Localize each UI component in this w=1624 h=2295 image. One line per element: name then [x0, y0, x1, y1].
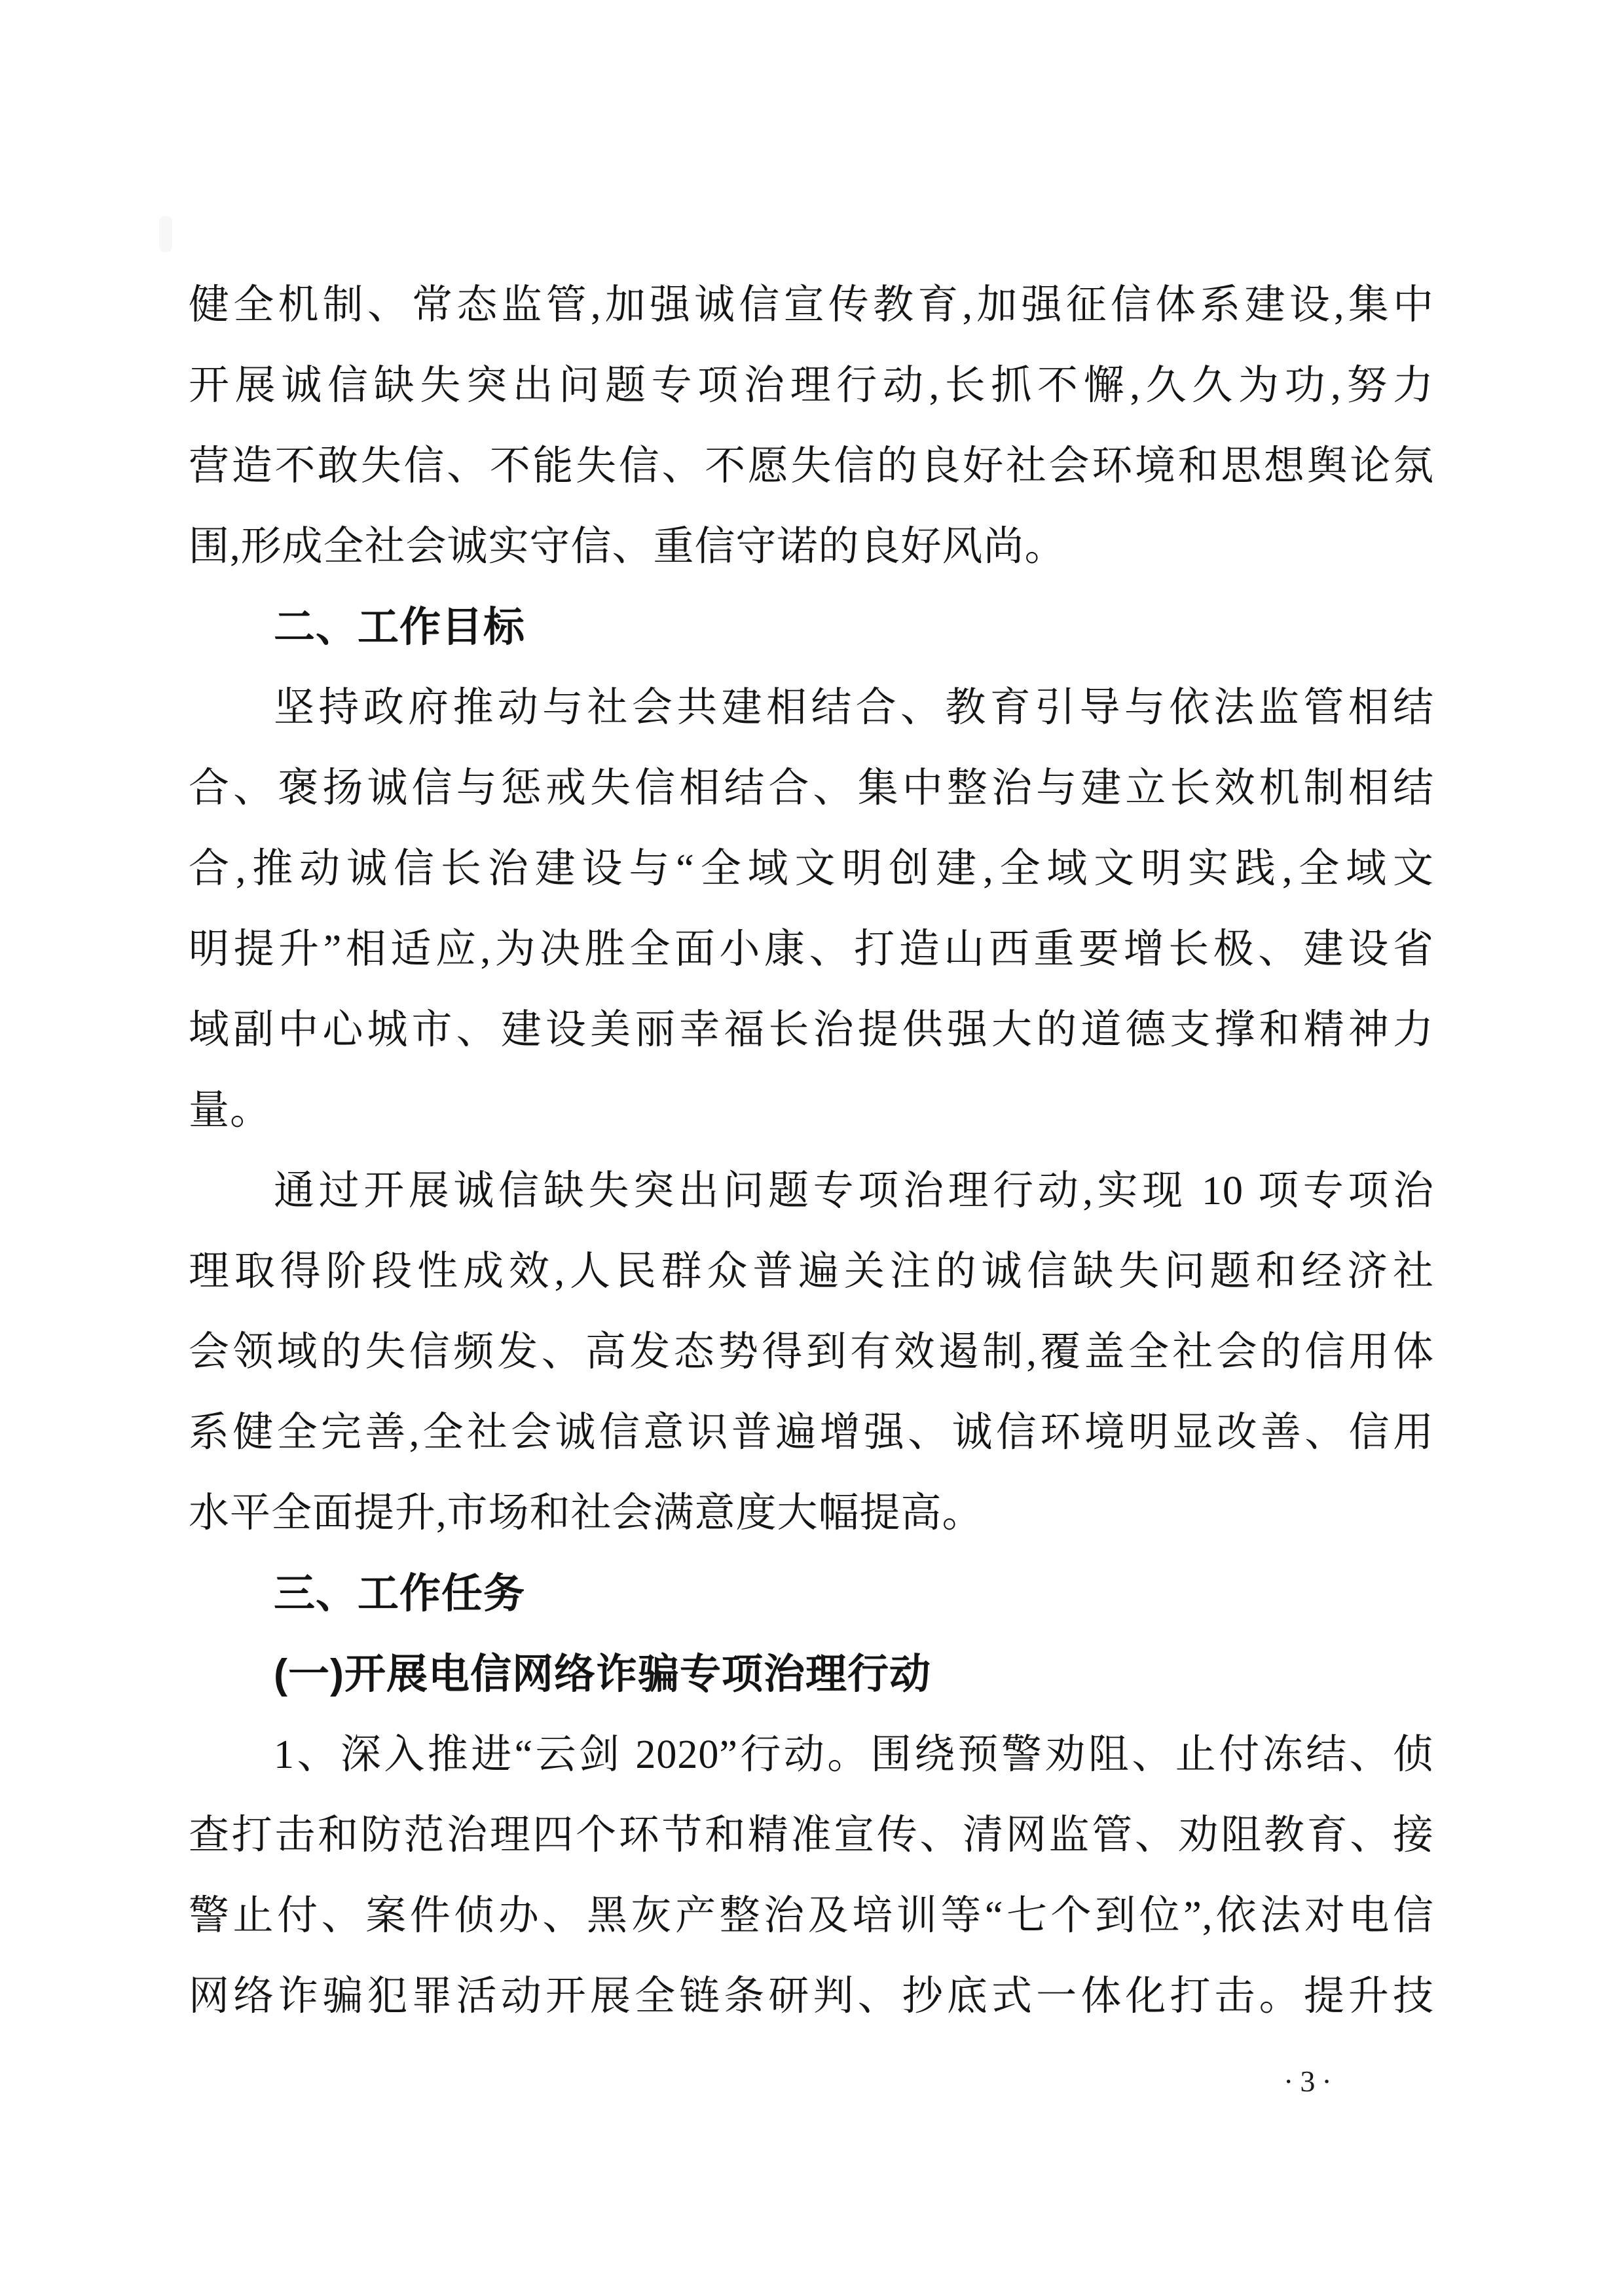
text-line: 通过开展诚信缺失突出问题专项治理行动,实现 10 项专项治 — [189, 1151, 1434, 1232]
scan-smudge-artifact — [159, 216, 172, 252]
section-heading-work-goals: 二、工作目标 — [189, 587, 1434, 668]
text-line: 坚持政府推动与社会共建相结合、教育引导与依法监管相结 — [189, 668, 1434, 748]
text-line: 合,推动诚信长治建设与“全域文明创建,全域文明实践,全域文 — [189, 829, 1434, 909]
text-line: 围,形成全社会诚实守信、重信守诺的良好风尚。 — [189, 507, 1434, 587]
text-line: 健全机制、常态监管,加强诚信宣传教育,加强征信体系建设,集中 — [189, 265, 1434, 346]
section-heading-work-tasks: 三、工作任务 — [189, 1554, 1434, 1634]
text-line: 开展诚信缺失突出问题专项治理行动,长抓不懈,久久为功,努力 — [189, 346, 1434, 426]
text-line: 系健全完善,全社会诚信意识普遍增强、诚信环境明显改善、信用 — [189, 1393, 1434, 1473]
subsection-heading-telecom-fraud: (一)开展电信网络诈骗专项治理行动 — [189, 1634, 1434, 1715]
text-line: 量。 — [189, 1071, 1434, 1151]
text-line: 明提升”相适应,为决胜全面小康、打造山西重要增长极、建设省 — [189, 909, 1434, 990]
text-line: 警止付、案件侦办、黑灰产整治及培训等“七个到位”,依法对电信 — [189, 1876, 1434, 1956]
document-body: 健全机制、常态监管,加强诚信宣传教育,加强征信体系建设,集中 开展诚信缺失突出问… — [189, 265, 1434, 2037]
text-line: 会领域的失信频发、高发态势得到有效遏制,覆盖全社会的信用体 — [189, 1312, 1434, 1393]
page-number: ·3· — [1283, 2064, 1338, 2099]
text-line: 水平全面提升,市场和社会满意度大幅提高。 — [189, 1473, 1434, 1554]
document-page: 健全机制、常态监管,加强诚信宣传教育,加强征信体系建设,集中 开展诚信缺失突出问… — [0, 0, 1624, 2295]
text-line: 网络诈骗犯罪活动开展全链条研判、抄底式一体化打击。提升技 — [189, 1956, 1434, 2037]
text-line: 1、深入推进“云剑 2020”行动。围绕预警劝阻、止付冻结、侦 — [189, 1715, 1434, 1795]
text-line: 合、褒扬诚信与惩戒失信相结合、集中整治与建立长效机制相结 — [189, 748, 1434, 829]
text-line: 查打击和防范治理四个环节和精准宣传、清网监管、劝阻教育、接 — [189, 1795, 1434, 1876]
text-line: 域副中心城市、建设美丽幸福长治提供强大的道德支撑和精神力 — [189, 990, 1434, 1071]
text-line: 营造不敢失信、不能失信、不愿失信的良好社会环境和思想舆论氛 — [189, 426, 1434, 507]
text-line: 理取得阶段性成效,人民群众普遍关注的诚信缺失问题和经济社 — [189, 1232, 1434, 1312]
